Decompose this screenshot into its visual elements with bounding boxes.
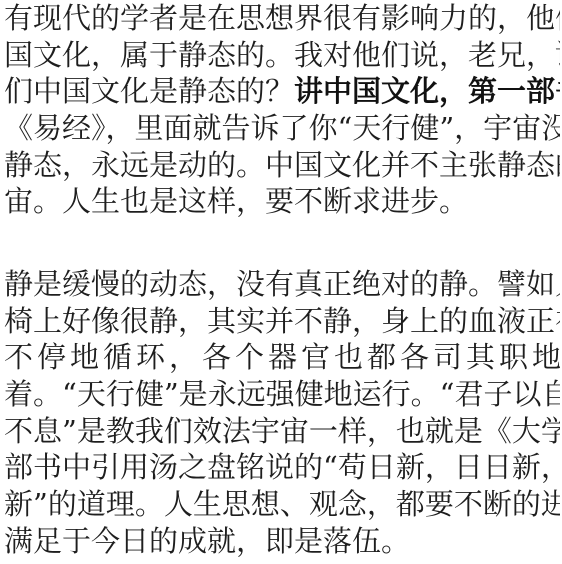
text-line: 部书中引用汤之盘铭说的“苟日新，日日新，又日 <box>4 449 560 486</box>
text-line: 不息”是教我们效法宇宙一样，也就是《大学》这 <box>4 413 560 450</box>
text-segment: 《易经》，里面就告诉了你“天行健”，宇宙没有 <box>4 111 560 145</box>
text-line: 不停地循环，各个器官也都各司其职地工作 <box>4 339 560 376</box>
paragraph-1: 有现代的学者是在思想界很有影响力的，他们评论中 国文化，属于静态的。我对他们说，… <box>4 0 560 220</box>
text-segment: 静是缓慢的动态，没有真正绝对的静。譬如人坐在 <box>4 267 560 301</box>
text-segment: 们中国文化是静态的？ <box>4 74 294 108</box>
text-line: 有现代的学者是在思想界很有影响力的，他们评论中 <box>4 0 560 37</box>
bold-text-segment: 讲中国文化，第一部书就是 <box>294 74 560 108</box>
text-line: 们中国文化是静态的？讲中国文化，第一部书就是 <box>4 73 560 110</box>
text-segment: 有现代的学者是在思想界很有影响力的，他们评论中 <box>4 1 560 35</box>
text-line: 椅上好像很静，其实并不静，身上的血液正在分秒 <box>4 303 560 340</box>
text-line: 新”的道理。人生思想、观念，都要不断的进步。 <box>4 486 560 523</box>
text-segment: 部书中引用汤之盘铭说的“苟日新，日日新，又日 <box>4 450 560 484</box>
text-segment: 静态，永远是动的。中国文化并不主张静态的宇 <box>4 148 560 182</box>
text-line: 着。“天行健”是永远强健地运行。“君子以自强 <box>4 376 560 413</box>
document-page: 有现代的学者是在思想界很有影响力的，他们评论中 国文化，属于静态的。我对他们说，… <box>0 0 562 564</box>
text-segment: 不停地循环，各个器官也都各司其职地工作 <box>4 340 560 374</box>
text-line: 满足于今日的成就，即是落伍。 <box>4 523 560 560</box>
text-segment: 着。“天行健”是永远强健地运行。“君子以自强 <box>4 377 560 411</box>
text-segment: 国文化，属于静态的。我对他们说，老兄，谁告诉你 <box>4 38 560 72</box>
text-segment: 新”的道理。人生思想、观念，都要不断的进步。 <box>4 487 560 521</box>
text-segment: 椅上好像很静，其实并不静，身上的血液正在分秒 <box>4 304 560 338</box>
text-line: 静是缓慢的动态，没有真正绝对的静。譬如人坐在 <box>4 266 560 303</box>
text-line: 宙。人生也是这样，要不断求进步。 <box>4 183 560 220</box>
text-segment: 满足于今日的成就，即是落伍。 <box>4 524 410 558</box>
text-segment: 不息”是教我们效法宇宙一样，也就是《大学》这 <box>4 414 560 448</box>
paragraph-2: 静是缓慢的动态，没有真正绝对的静。譬如人坐在 椅上好像很静，其实并不静，身上的血… <box>4 266 560 560</box>
text-segment: 宙。人生也是这样，要不断求进步。 <box>4 184 468 218</box>
text-line: 静态，永远是动的。中国文化并不主张静态的宇 <box>4 147 560 184</box>
text-line: 国文化，属于静态的。我对他们说，老兄，谁告诉你 <box>4 37 560 74</box>
text-line: 《易经》，里面就告诉了你“天行健”，宇宙没有 <box>4 110 560 147</box>
